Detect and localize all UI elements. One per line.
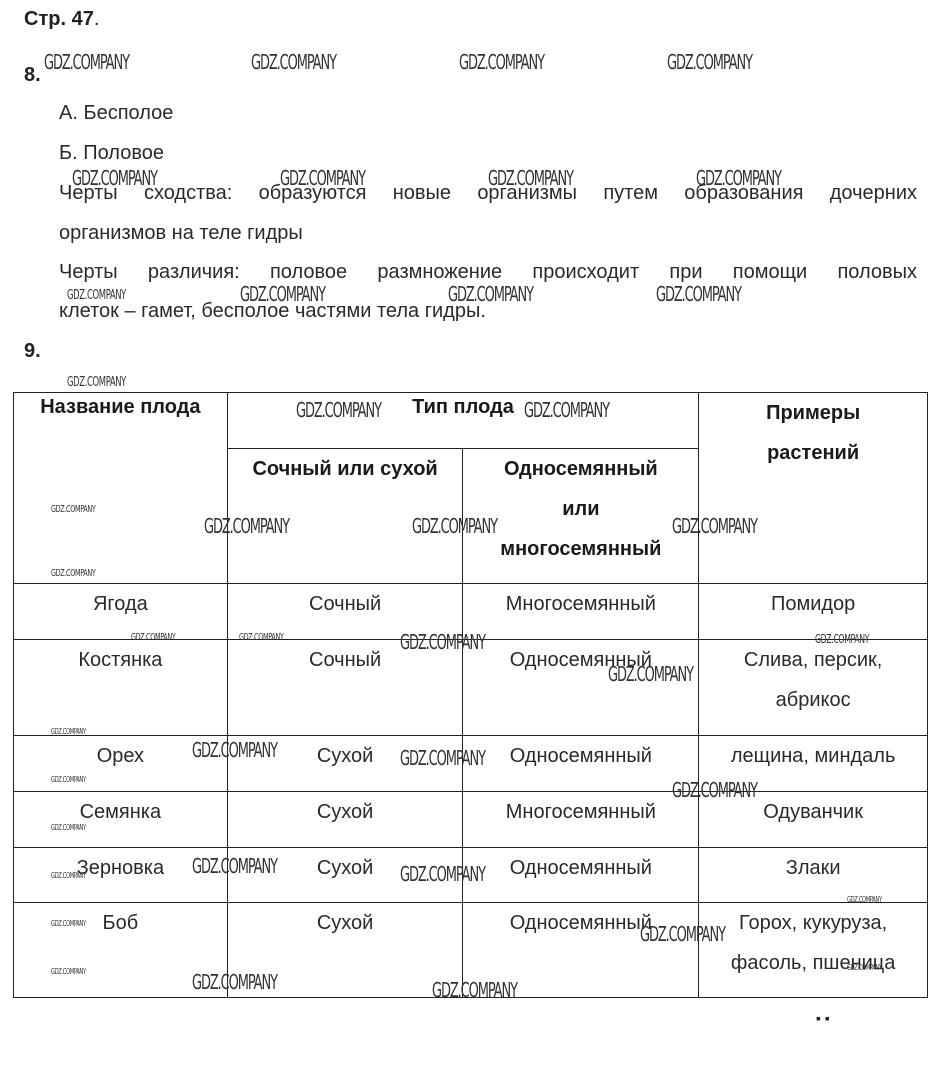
cell-examples-line2: фасоль, пшеница bbox=[699, 943, 927, 983]
watermark: GDZ.COMPANY bbox=[432, 978, 517, 1002]
header-seeds-line2: или bbox=[463, 489, 698, 529]
watermark: GDZ.COMPANY bbox=[67, 375, 126, 390]
watermark: GDZ.COMPANY bbox=[459, 50, 544, 74]
page-title-text: Стр. 47 bbox=[24, 8, 94, 30]
watermark: GDZ.COMPANY bbox=[44, 50, 129, 74]
watermark: GDZ.COMPANY bbox=[192, 970, 277, 994]
watermark: GDZ.COMPANY bbox=[400, 746, 485, 770]
watermark: GDZ.COMPANY bbox=[51, 823, 86, 832]
table-header-row-1: Название плода Тип плода Примеры растени… bbox=[14, 393, 928, 449]
footer-dots: ▪ ▪ bbox=[816, 1010, 830, 1026]
watermark: GDZ.COMPANY bbox=[847, 963, 882, 972]
watermark: GDZ.COMPANY bbox=[51, 871, 86, 880]
watermark: GDZ.COMPANY bbox=[67, 288, 126, 303]
watermark: GDZ.COMPANY bbox=[672, 514, 757, 538]
table-row: Семянка Сухой Многосемянный Одуванчик bbox=[14, 792, 928, 848]
cell-examples: Злаки bbox=[699, 848, 928, 903]
watermark: GDZ.COMPANY bbox=[72, 166, 157, 190]
cell-fruit-name: Ягода bbox=[14, 584, 228, 640]
watermark: GDZ.COMPANY bbox=[192, 854, 277, 878]
watermark: GDZ.COMPANY bbox=[815, 632, 869, 646]
cell-examples: Слива, персик, абрикос bbox=[699, 640, 928, 736]
watermark: GDZ.COMPANY bbox=[131, 632, 175, 643]
watermark: GDZ.COMPANY bbox=[667, 50, 752, 74]
watermark: GDZ.COMPANY bbox=[412, 514, 497, 538]
watermark: GDZ.COMPANY bbox=[51, 568, 95, 579]
cell-examples-line2: абрикос bbox=[699, 680, 927, 720]
cell-examples-line1: Горох, кукуруза, bbox=[699, 903, 927, 943]
cell-examples-line1: Помидор bbox=[699, 584, 927, 624]
watermark: GDZ.COMPANY bbox=[608, 662, 693, 686]
header-seeds-line1: Односемянный bbox=[463, 449, 698, 489]
watermark: GDZ.COMPANY bbox=[51, 919, 86, 928]
watermark: GDZ.COMPANY bbox=[488, 166, 573, 190]
watermark: GDZ.COMPANY bbox=[192, 738, 277, 762]
task-9-number: 9. bbox=[24, 340, 41, 363]
watermark: GDZ.COMPANY bbox=[280, 166, 365, 190]
watermark: GDZ.COMPANY bbox=[448, 282, 533, 306]
watermark: GDZ.COMPANY bbox=[847, 895, 882, 904]
watermark: GDZ.COMPANY bbox=[400, 862, 485, 886]
cell-seeds: Односемянный bbox=[463, 848, 699, 903]
header-fruit-name: Название плода bbox=[14, 393, 228, 584]
watermark: GDZ.COMPANY bbox=[51, 967, 86, 976]
cell-fruit-name: Семянка bbox=[14, 792, 228, 848]
similarity-line-2: организмов на теле гидры bbox=[59, 222, 303, 245]
cell-examples-line1: лещина, миндаль bbox=[699, 736, 927, 776]
header-seeds: Односемянный или многосемянный bbox=[463, 449, 699, 584]
answer-a: А. Бесполое bbox=[59, 102, 173, 125]
page-title-suffix: . bbox=[94, 8, 100, 30]
answer-b: Б. Половое bbox=[59, 142, 164, 165]
cell-examples-line1: Злаки bbox=[699, 848, 927, 888]
watermark: GDZ.COMPANY bbox=[239, 632, 283, 643]
watermark: GDZ.COMPANY bbox=[204, 514, 289, 538]
cell-seeds: Многосемянный bbox=[463, 792, 699, 848]
watermark: GDZ.COMPANY bbox=[251, 50, 336, 74]
fruit-types-table: Название плода Тип плода Примеры растени… bbox=[13, 392, 928, 998]
cell-seeds: Многосемянный bbox=[463, 584, 699, 640]
watermark: GDZ.COMPANY bbox=[296, 398, 381, 422]
watermark: GDZ.COMPANY bbox=[656, 282, 741, 306]
watermark: GDZ.COMPANY bbox=[51, 727, 86, 736]
header-examples-line1: Примеры bbox=[699, 393, 927, 433]
cell-seeds: Односемянный bbox=[463, 736, 699, 792]
cell-examples: Помидор bbox=[699, 584, 928, 640]
cell-seeds: Односемянный bbox=[463, 640, 699, 736]
task-8-number: 8. bbox=[24, 64, 41, 87]
cell-examples-line1: Слива, персик, bbox=[699, 640, 927, 680]
watermark: GDZ.COMPANY bbox=[51, 504, 95, 515]
page-title: Стр. 47. bbox=[24, 8, 99, 31]
watermark: GDZ.COMPANY bbox=[400, 630, 485, 654]
watermark: GDZ.COMPANY bbox=[696, 166, 781, 190]
cell-juicy-dry: Сухой bbox=[227, 792, 463, 848]
watermark: GDZ.COMPANY bbox=[51, 775, 86, 784]
header-examples: Примеры растений bbox=[699, 393, 928, 584]
watermark: GDZ.COMPANY bbox=[672, 778, 757, 802]
header-seeds-line3: многосемянный bbox=[463, 529, 698, 569]
header-examples-line2: растений bbox=[699, 433, 927, 473]
difference-line-1: Черты различия: половое размножение прои… bbox=[59, 261, 917, 284]
watermark: GDZ.COMPANY bbox=[524, 398, 609, 422]
watermark: GDZ.COMPANY bbox=[640, 922, 725, 946]
watermark: GDZ.COMPANY bbox=[240, 282, 325, 306]
cell-examples: Горох, кукуруза, фасоль, пшеница bbox=[699, 903, 928, 998]
cell-fruit-name: Костянка bbox=[14, 640, 228, 736]
